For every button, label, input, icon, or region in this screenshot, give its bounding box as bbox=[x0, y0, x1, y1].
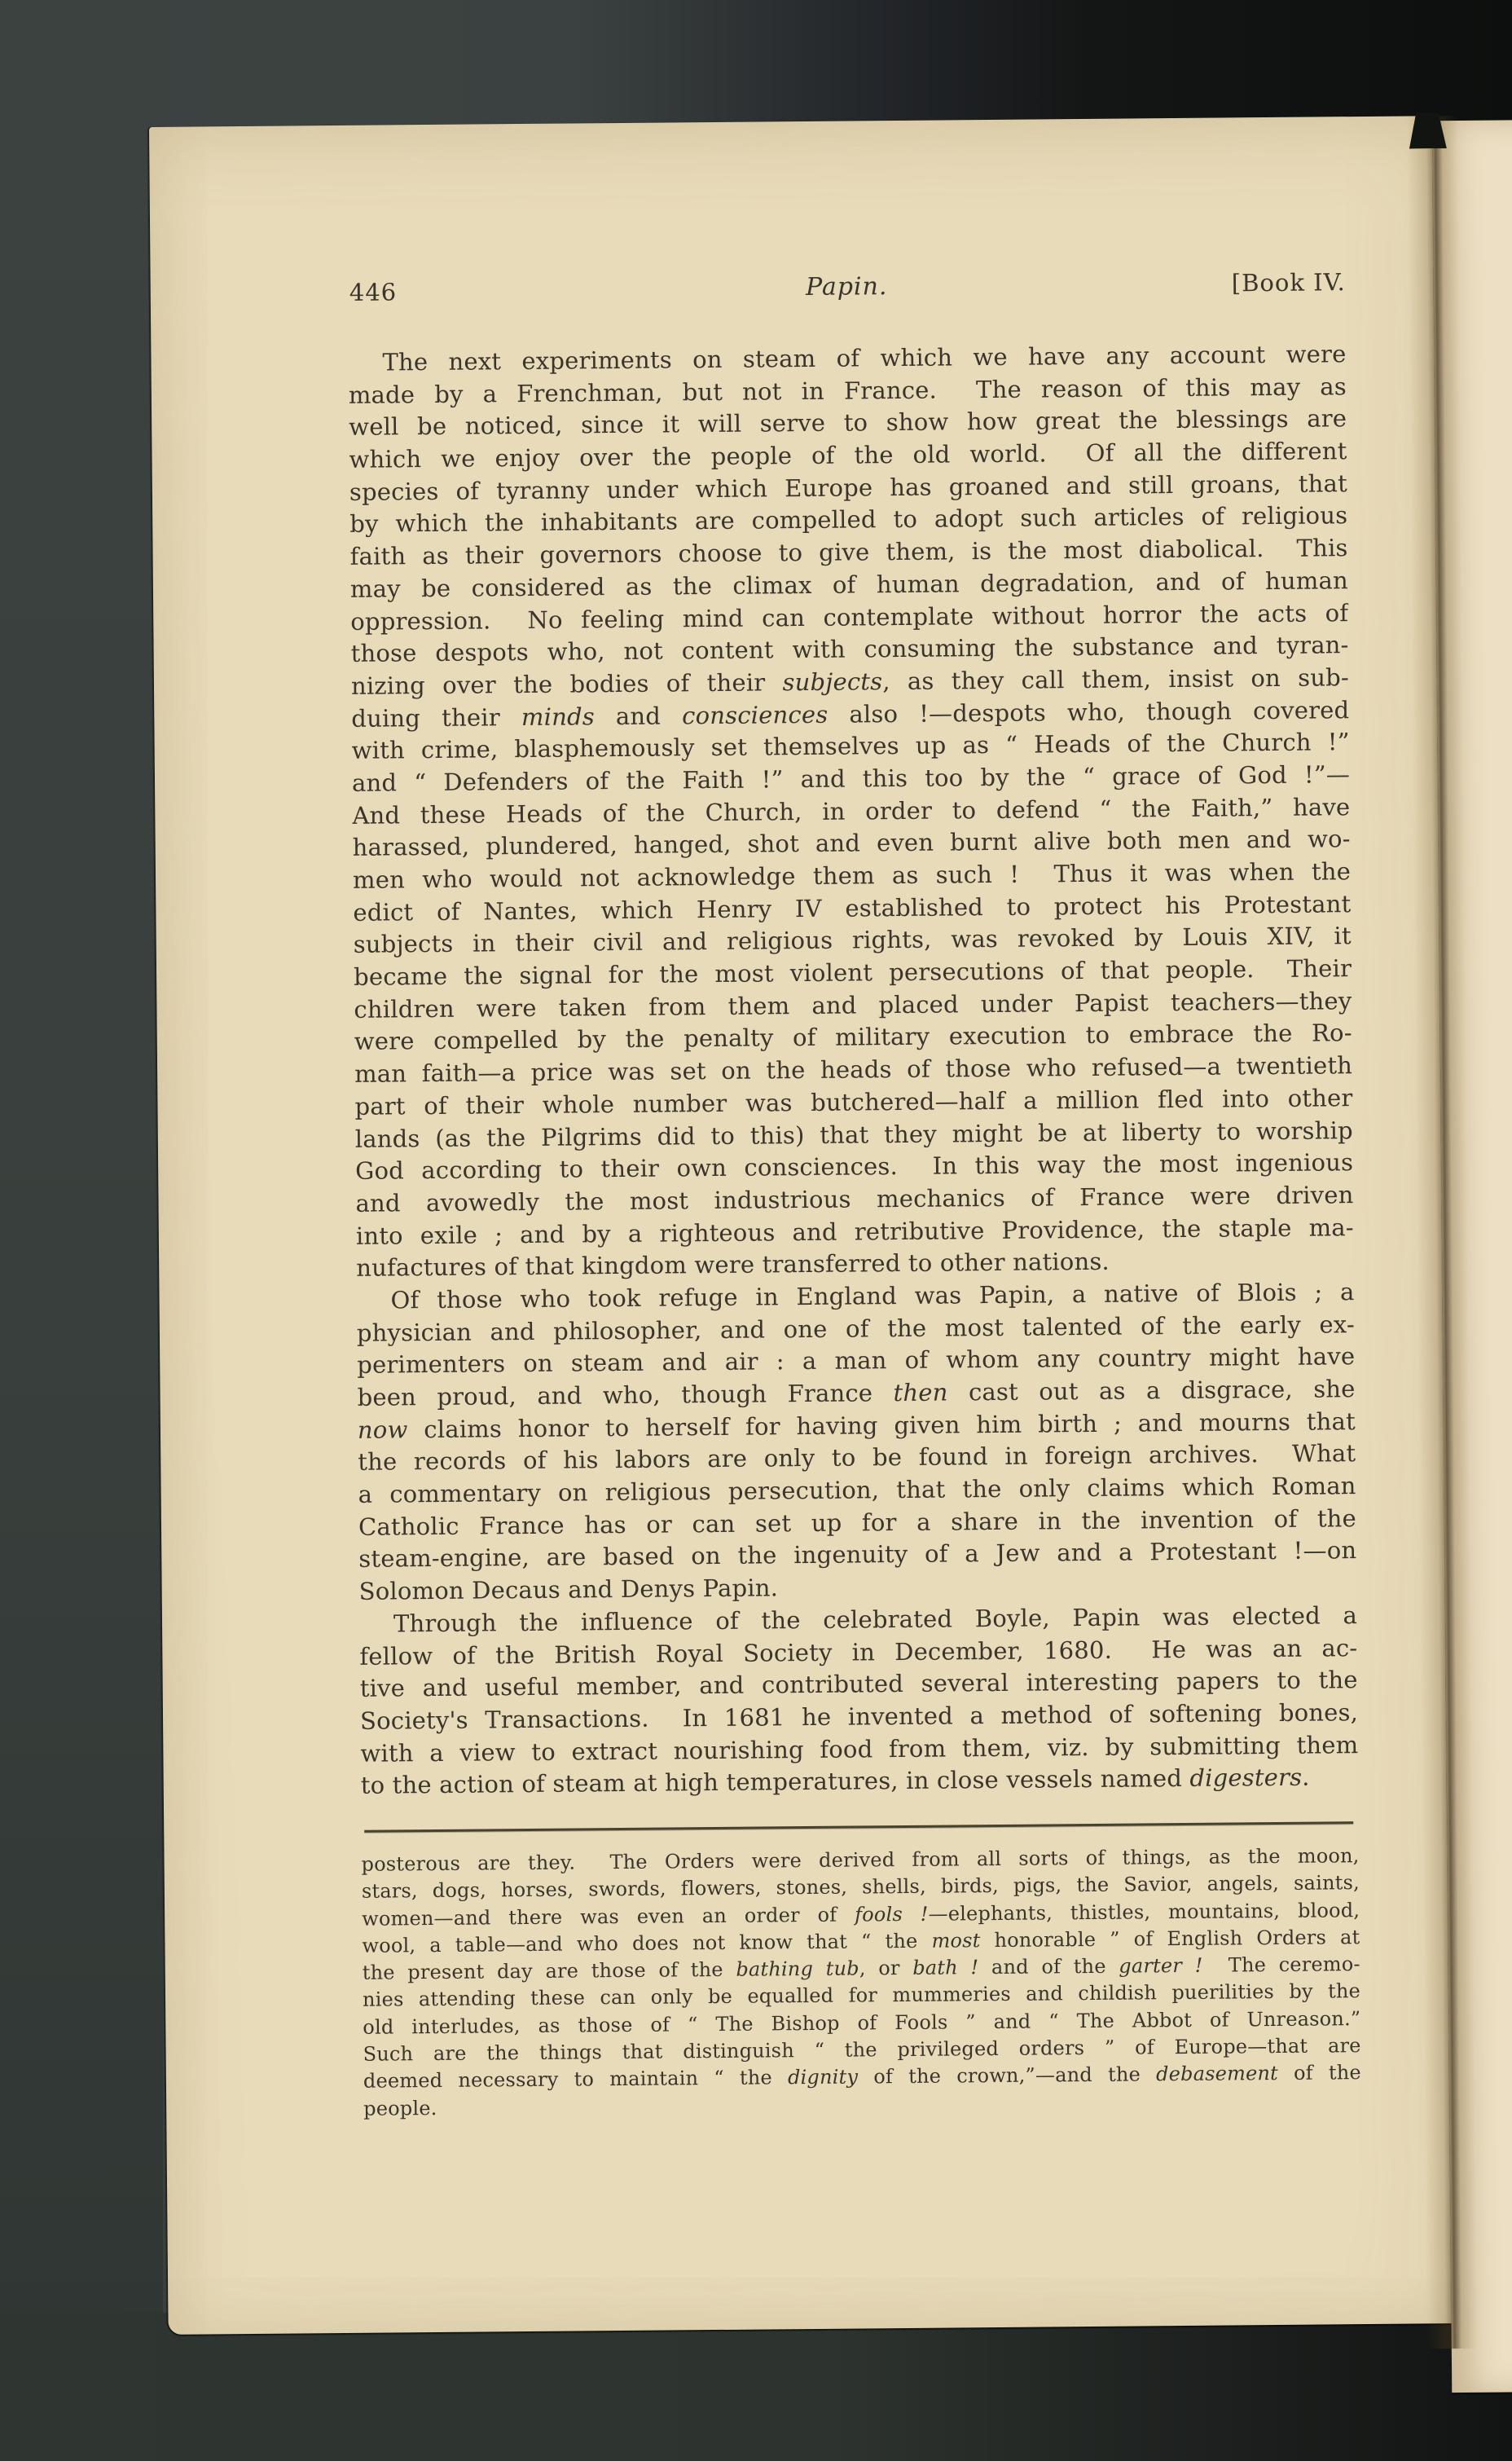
open-book-page: 446 Papin. [Book IV. The next experiment… bbox=[149, 115, 1512, 2409]
scanned-book-photo: { "colors": { "backdrop": "#3a403d", "ba… bbox=[0, 0, 1512, 2461]
backdrop-left-band bbox=[0, 0, 163, 2461]
running-title: Papin. bbox=[348, 268, 1346, 306]
footnote-text: posterous are they. The Orders were deri… bbox=[361, 1842, 1361, 2123]
book-section-label: [Book IV. bbox=[1232, 268, 1346, 297]
main-body-text: The next experiments on steam of which w… bbox=[348, 338, 1359, 1803]
